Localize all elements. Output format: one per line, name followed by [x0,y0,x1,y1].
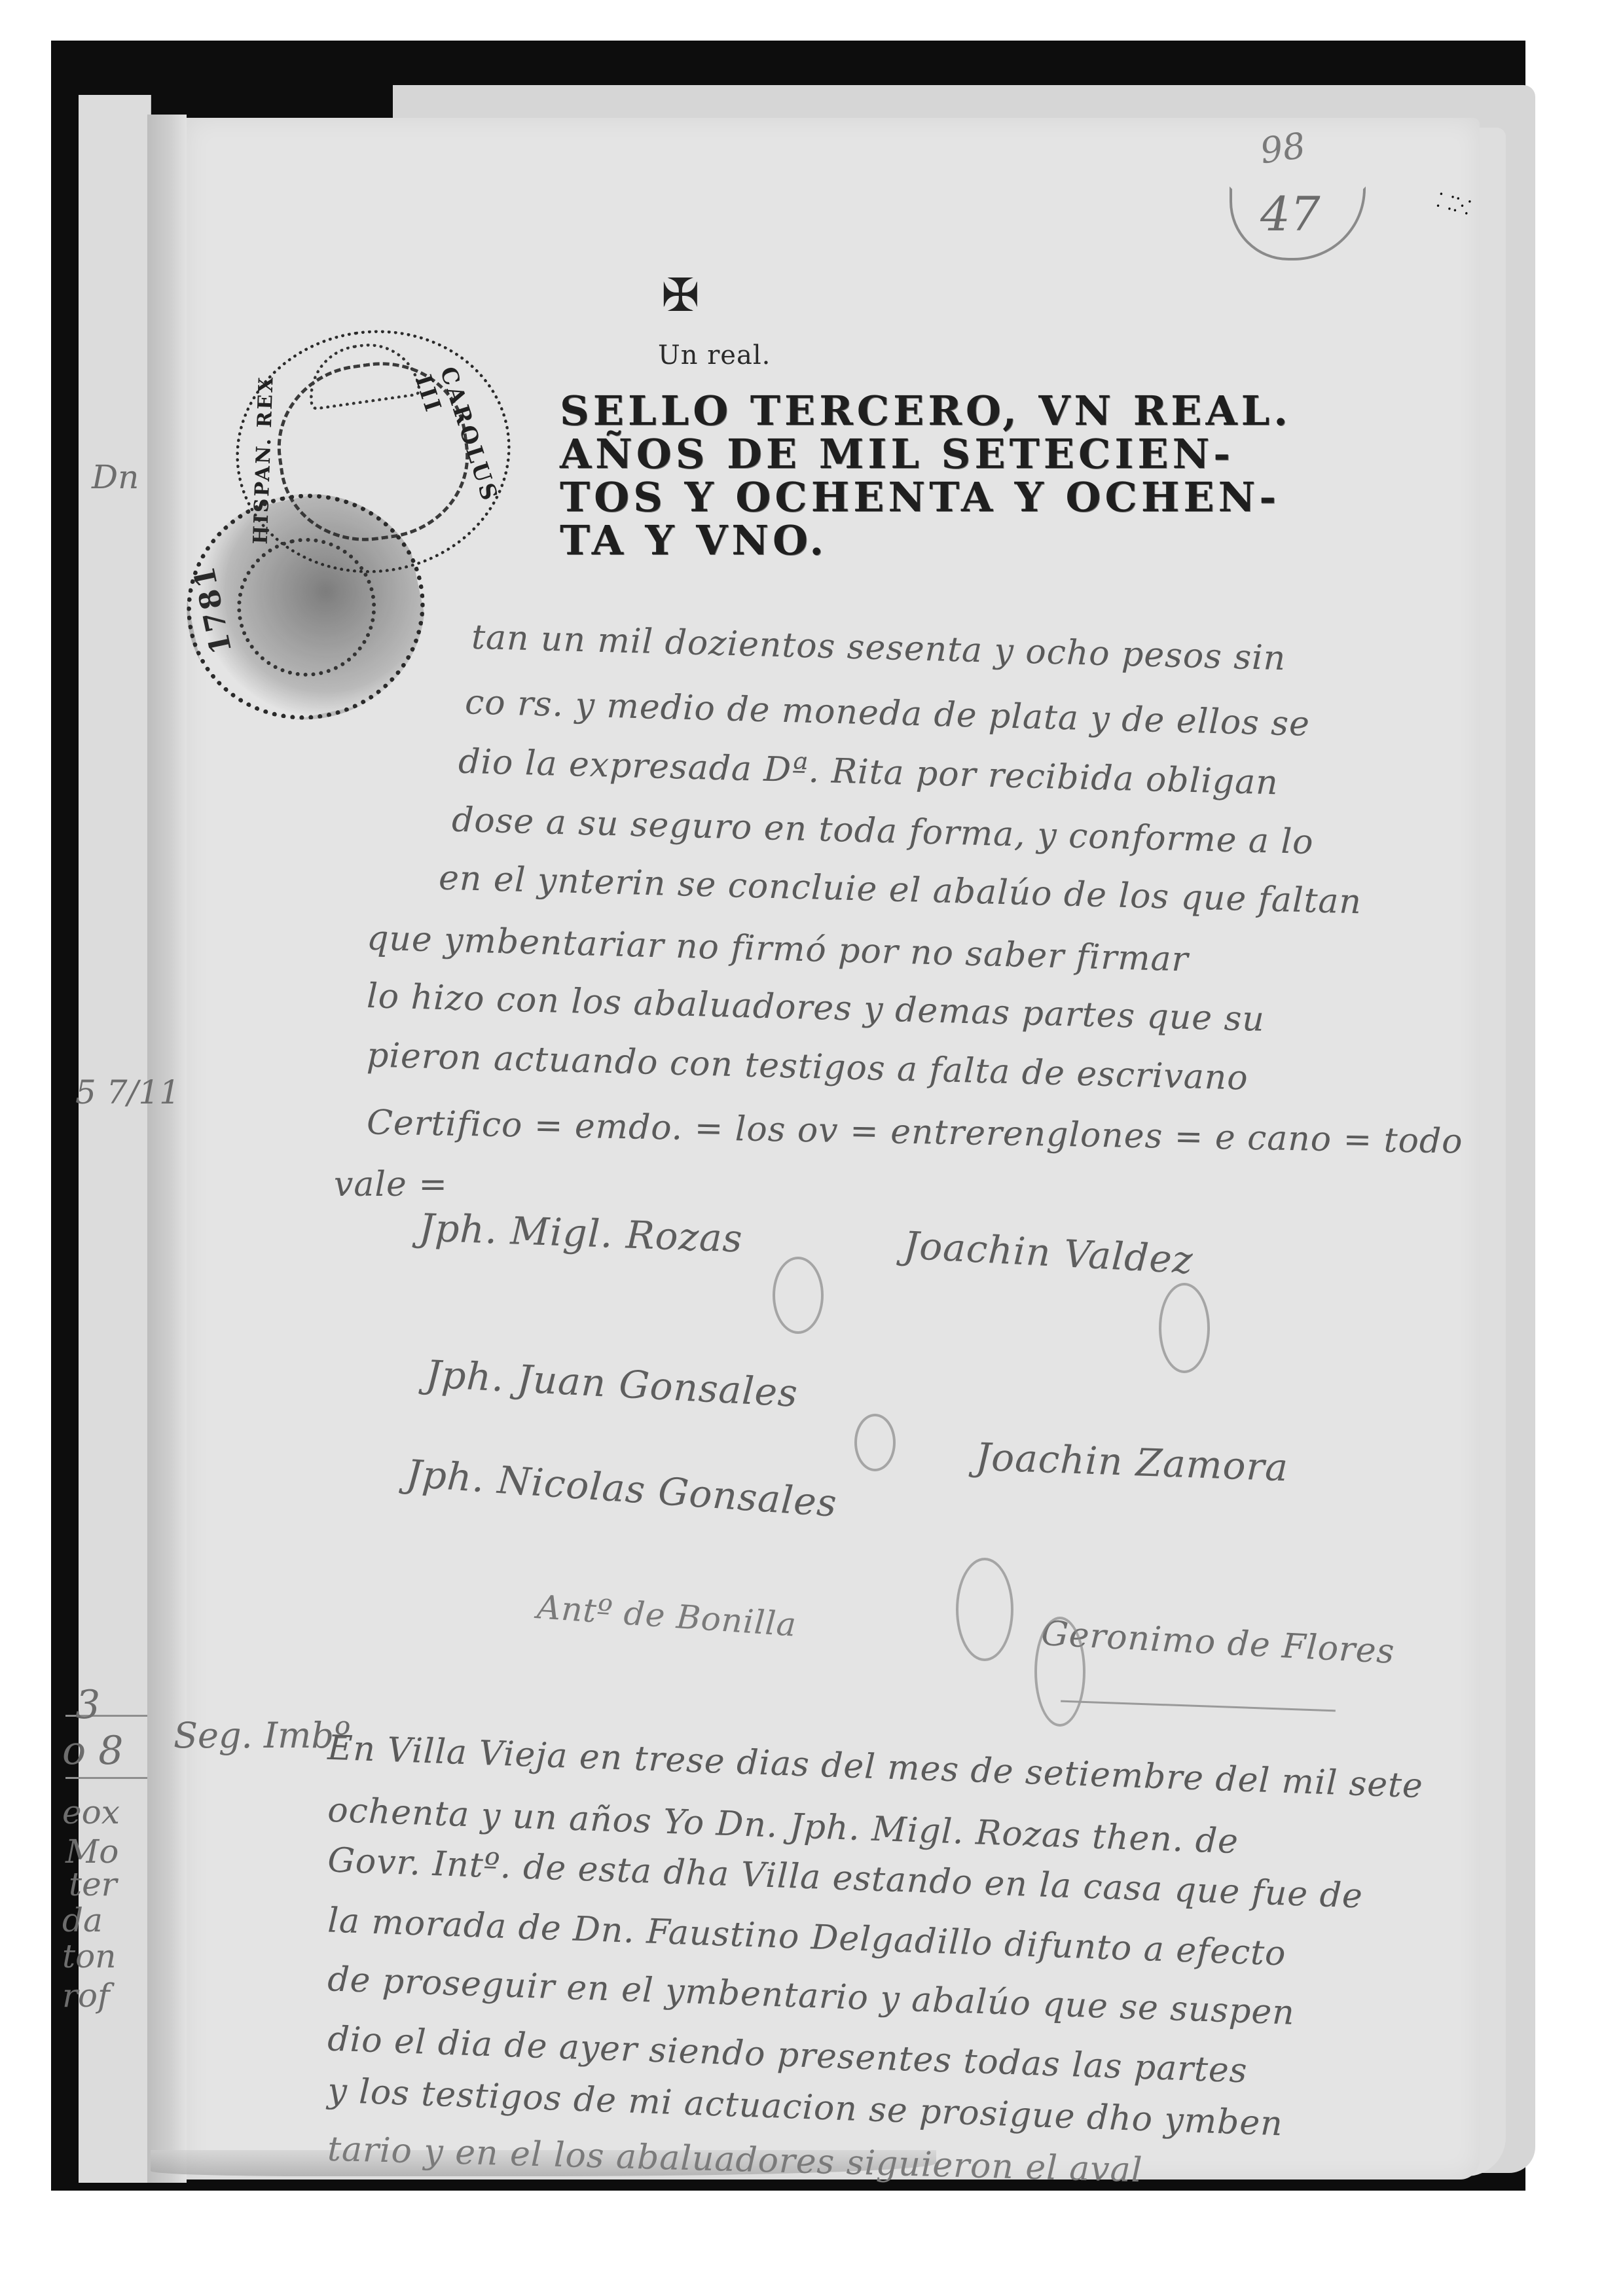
signature-rubric-icon [1159,1283,1210,1373]
margin-fragment: Dn [92,458,139,496]
overprint-seal-legend: 1781 [187,562,239,657]
binding-gutter [147,115,187,2183]
seal-inner-ring [224,525,388,689]
margin-section-label: Seg. Imbº [173,1715,350,1756]
signature-rubric-icon [773,1257,824,1334]
stamped-paper-header: SELLO TERCERO, VN REAL. AÑOS DE MIL SETE… [560,389,1332,562]
margin-fragment: ter [69,1865,117,1903]
margin-rule [65,1777,147,1779]
body-line: vale = [334,1165,448,1204]
margin-fragment: 3 [75,1682,100,1728]
current-folio-number: 47 [1260,187,1321,242]
signature-rubric-icon [1034,1617,1085,1727]
margin-fragment: eox [62,1793,120,1831]
stamp-line: SELLO TERCERO, VN REAL. [560,389,1332,433]
margin-fragment: o 8 [62,1728,123,1774]
margin-fragment: rof [62,1977,110,2015]
margin-fragment: da [62,1901,103,1939]
signature-rubric-icon [854,1414,896,1471]
old-folio-number: 98 [1258,125,1308,172]
margin-fragment: 5 7/11 [75,1073,180,1111]
margin-fragment: ton [62,1937,116,1975]
stamp-denomination: Un real. [658,340,771,370]
stamp-line: AÑOS DE MIL SETECIEN- [560,433,1332,476]
cross-icon: ✠ [661,268,700,322]
stamp-line: TOS Y OCHENTA Y OCHEN- [560,476,1332,519]
stamp-line: TA Y VNO. [560,519,1332,562]
signature-rubric-icon [956,1558,1013,1661]
